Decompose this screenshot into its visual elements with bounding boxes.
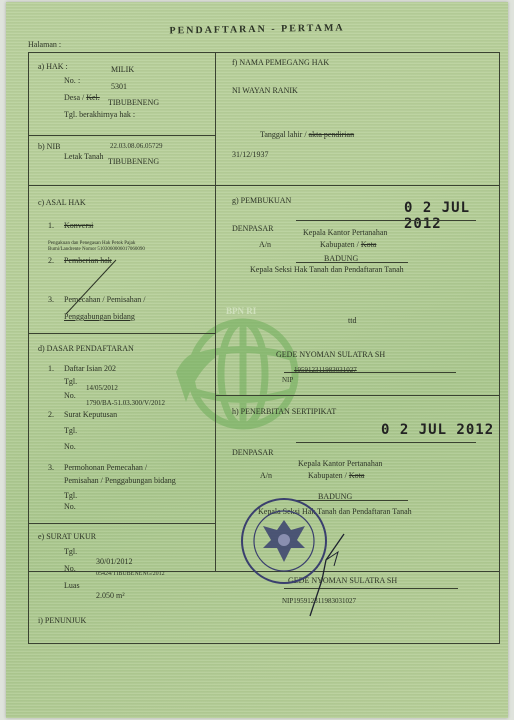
letak-tanah-label: Letak Tanah xyxy=(64,152,104,161)
section-h-heading: h) PENERBITAN SERTIPIKAT xyxy=(232,407,336,416)
dasar-item2-tgl-label: Tgl. xyxy=(64,426,77,435)
dasar-item3-num: 3. xyxy=(48,463,54,472)
pembukuan-official-name: GEDE NYOMAN SULATRA SH xyxy=(276,350,385,359)
daftar-isian-label: Daftar Isian 202 xyxy=(64,364,116,373)
nib-value: 22.03.08.06.05729 xyxy=(110,142,163,150)
h-kota-struck-text: Kota xyxy=(349,471,365,480)
divider-a-b xyxy=(29,135,215,136)
pemegang-hak-name: NI WAYAN RANIK xyxy=(232,86,298,95)
desa-value: TIBUBENENG xyxy=(108,98,159,107)
dasar-item2-num: 2. xyxy=(48,410,54,419)
penerbitan-an-label: A/n xyxy=(260,471,272,480)
date-underline xyxy=(296,220,476,221)
section-e-heading: e) SURAT UKUR xyxy=(38,532,96,541)
h-date-underline xyxy=(296,442,476,443)
dasar-item1-tgl-label: Tgl. xyxy=(64,377,77,386)
asal-item1-num: 1. xyxy=(48,221,54,230)
pembukuan-nip-label: NIP xyxy=(282,376,293,384)
halaman-label: Halaman : xyxy=(28,40,61,49)
section-b-heading: b) NIB xyxy=(38,142,60,151)
divider-g-h xyxy=(215,395,499,396)
letak-tanah-value: TIBUBENENG xyxy=(108,157,159,166)
penerbitan-date-stamp: 0 2 JUL 2012 xyxy=(381,422,494,438)
section-d-heading: d) DASAR PENDAFTARAN xyxy=(38,344,134,353)
dasar-item3-no-label: No. xyxy=(64,502,76,511)
no-value: 5301 xyxy=(111,82,127,91)
surat-ukur-tgl-value: 30/01/2012 xyxy=(96,557,132,566)
permohonan-label2: Pemisahan / Penggabungan bidang xyxy=(64,476,176,485)
permohonan-label: Permohonan Pemecahan / xyxy=(64,463,147,472)
pembukuan-date-stamp: 0 2 JUL 2012 xyxy=(404,200,508,232)
tanggal-lahir-label: Tanggal lahir / akta pendirian xyxy=(260,130,354,139)
dasar-item1-tgl-value: 14/05/2012 xyxy=(86,384,118,392)
penerbitan-office-line1: Kepala Kantor Pertanahan xyxy=(298,459,382,468)
kel-struck-text: Kel. xyxy=(86,93,100,102)
asal-item3-num: 3. xyxy=(48,295,54,304)
tanggal-lahir-text: Tanggal lahir / xyxy=(260,130,309,139)
ttd-label: ttd xyxy=(348,316,356,325)
surat-keputusan-label: Surat Keputusan xyxy=(64,410,117,419)
kabupaten-text: Kabupaten / xyxy=(320,240,361,249)
tanggal-lahir-value: 31/12/1937 xyxy=(232,150,268,159)
pembukuan-office-line1: Kepala Kantor Pertanahan xyxy=(303,228,387,237)
pembukuan-place: DENPASAR xyxy=(232,224,274,233)
surat-ukur-no-label: No. xyxy=(64,564,76,573)
section-i-heading: i) PENUNJUK xyxy=(38,616,86,625)
section-f-heading: f) NAMA PEMEGANG HAK xyxy=(232,58,329,67)
dasar-item1-no-label: No. xyxy=(64,391,76,400)
pembukuan-section-head: Kepala Seksi Hak Tanah dan Pendaftaran T… xyxy=(250,265,404,274)
desa-label: Desa / Kel. xyxy=(64,93,100,102)
penerbitan-office-line2: Kabupaten / Kota xyxy=(308,471,364,480)
pembukuan-nip-value: 195912311983031027 xyxy=(294,366,357,374)
dasar-item1-no-value: 1790/BA-51.03.300/V/2012 xyxy=(86,399,165,407)
penerbitan-place: DENPASAR xyxy=(232,448,274,457)
divider-b-c xyxy=(29,185,499,186)
luas-label: Luas xyxy=(64,581,80,590)
luas-value: 2.050 m² xyxy=(96,591,125,600)
no-colon: : xyxy=(78,76,80,85)
surat-ukur-no-value: 05424/TIBUBENENG/2012 xyxy=(96,571,165,577)
tgl-berakhir-label: Tgl. berakhirnya hak : xyxy=(64,110,135,119)
desa-text: Desa / xyxy=(64,93,86,102)
column-divider xyxy=(215,53,216,571)
dasar-item1-num: 1. xyxy=(48,364,54,373)
hak-value: MILIK xyxy=(111,65,134,74)
h-kabupaten-text: Kabupaten / xyxy=(308,471,349,480)
konversi-struck: Konversi xyxy=(64,221,93,230)
divider-d-e xyxy=(29,523,215,524)
document-title: PENDAFTARAN - PERTAMA xyxy=(6,20,508,40)
h-nip-label: NIP xyxy=(282,597,293,605)
no-label: No. xyxy=(64,76,76,85)
kota-struck-text: Kota xyxy=(361,240,377,249)
pembukuan-office-line2: Kabupaten / Kota xyxy=(320,240,376,249)
signature-mark xyxy=(296,530,356,620)
akta-pendirian-struck: akta pendirian xyxy=(309,130,355,139)
section-a-heading: a) HAK : xyxy=(38,62,68,71)
diagonal-cross-out-mark xyxy=(61,257,121,317)
certificate-page: PENDAFTARAN - PERTAMA Halaman : BPN RI a… xyxy=(6,2,508,718)
dasar-item2-no-label: No. xyxy=(64,442,76,451)
asal-item2-num: 2. xyxy=(48,256,54,265)
dasar-item3-tgl-label: Tgl. xyxy=(64,491,77,500)
pembukuan-an-label: A/n xyxy=(259,240,271,249)
region-underline xyxy=(296,262,408,263)
konversi-note-line2: Bumi/Landrente Nomor 5103060006017060090 xyxy=(48,247,145,253)
surat-ukur-tgl-label: Tgl. xyxy=(64,547,77,556)
section-c-heading: c) ASAL HAK xyxy=(38,198,86,207)
divider-c-d xyxy=(29,333,215,334)
section-g-heading: g) PEMBUKUAN xyxy=(232,196,291,205)
